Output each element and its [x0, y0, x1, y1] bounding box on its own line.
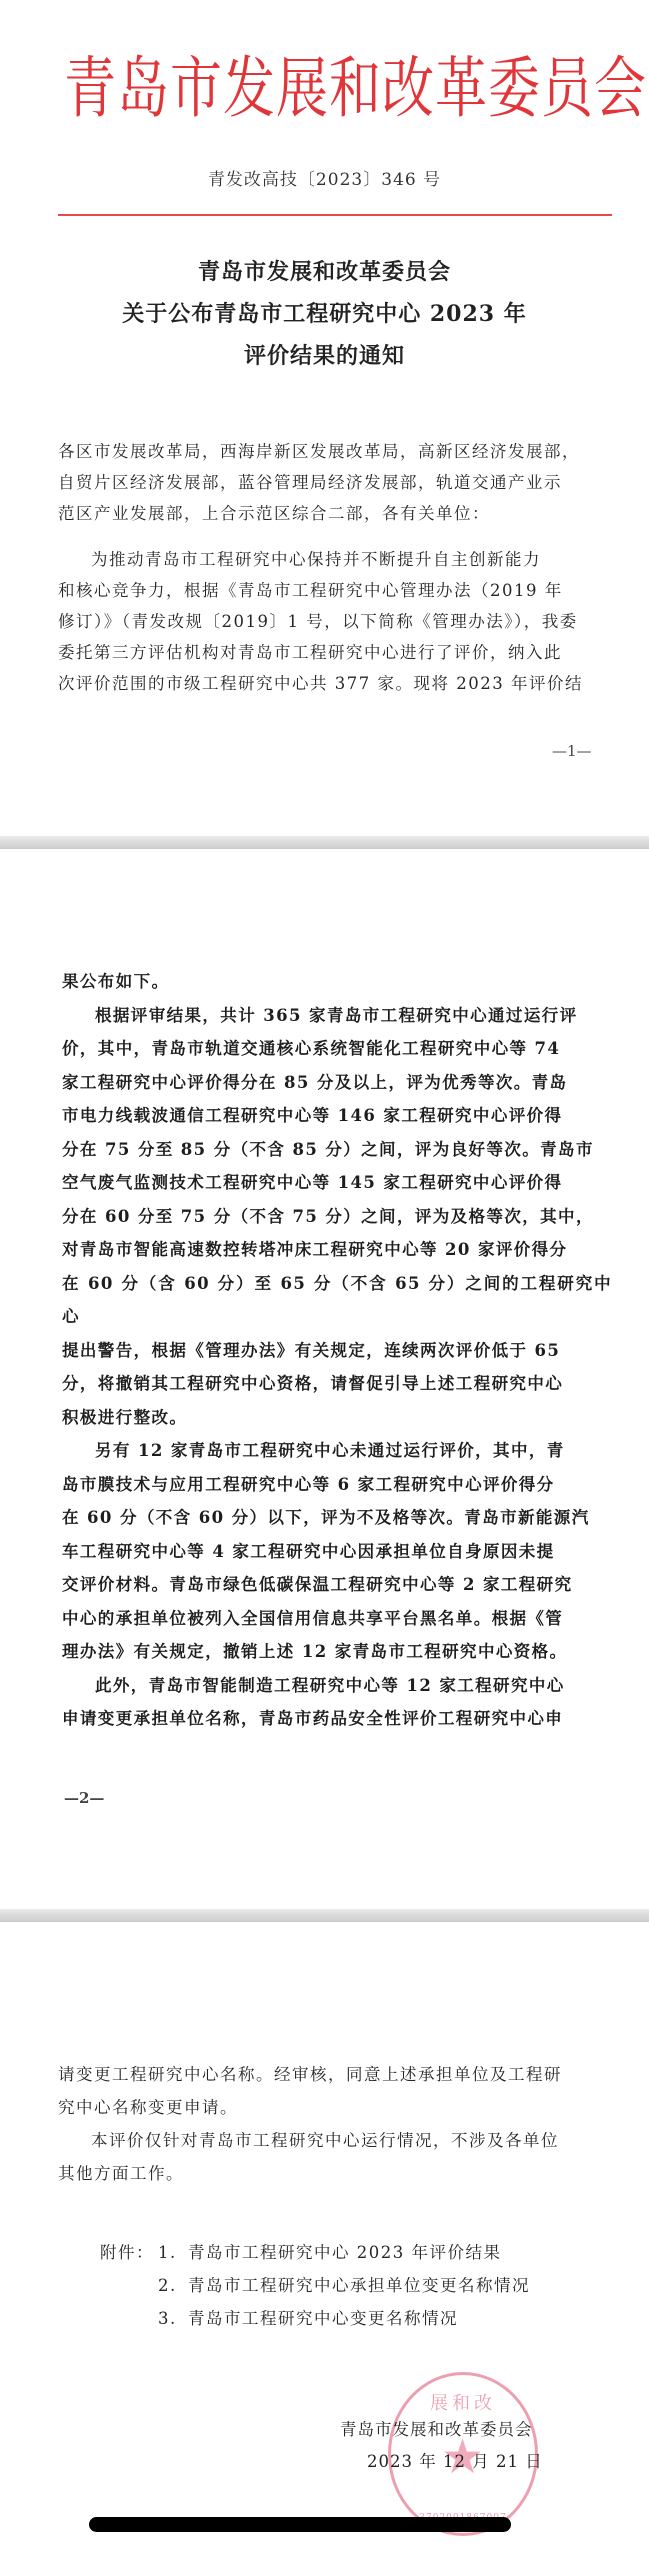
- document-number: 青发改高技〔2023〕346 号: [0, 165, 649, 190]
- attachment-title: 青岛市工程研究中心变更名称情况: [188, 2302, 458, 2335]
- body-line: 车工程研究中心等 4 家工程研究中心因承担单位自身原因未提: [62, 1535, 612, 1569]
- attachment-number: 1.: [158, 2236, 188, 2269]
- page-2: 果公布如下。 根据评审结果，共计 365 家青岛市工程研究中心通过运行评 价，其…: [0, 849, 649, 1909]
- title-line-3: 评价结果的通知: [0, 339, 649, 370]
- body-line: 家工程研究中心评价得分在 85 分及以上，评为优秀等次。青岛: [62, 1066, 612, 1100]
- page-divider: [0, 836, 649, 849]
- attachment-item: 附件： 1. 青岛市工程研究中心 2023 年评价结果: [100, 2236, 530, 2269]
- body-line: 积极进行整改。: [62, 1401, 612, 1435]
- intro-line: 修订）》（青发改规〔2019〕1 号，以下简称《管理办法》），我委: [58, 606, 606, 637]
- addressee-line: 范区产业发展部，上合示范区综合二部，各有关单位：: [58, 498, 606, 529]
- title-line-1: 青岛市发展和改革委员会: [0, 255, 649, 286]
- issuer-header: 青岛市发展和改革委员会文件: [64, 34, 649, 130]
- body-line: 此外，青岛市智能制造工程研究中心等 12 家工程研究中心: [62, 1669, 612, 1703]
- red-rule: [58, 214, 612, 216]
- body-line: 分在 60 分至 75 分（不含 75 分）之间，评为及格等次，其中，: [62, 1200, 612, 1234]
- attachment-number: 2.: [158, 2269, 188, 2302]
- page-number: —2—: [64, 1789, 104, 1807]
- body-line: 申请变更承担单位名称，青岛市药品安全性评价工程研究中心申: [62, 1702, 612, 1736]
- addressee-block: 各区市发展改革局，西海岸新区发展改革局，高新区经济发展部， 自贸片区经济发展部，…: [58, 436, 606, 529]
- addressee-line: 自贸片区经济发展部，蓝谷管理局经济发展部，轨道交通产业示: [58, 467, 606, 498]
- title-line-2: 关于公布青岛市工程研究中心 2023 年: [0, 297, 649, 328]
- attachment-title: 青岛市工程研究中心 2023 年评价结果: [188, 2236, 501, 2269]
- attachments-label: 附件：: [100, 2236, 158, 2269]
- body-line: 在 60 分（含 60 分）至 65 分（不含 65 分）之间的工程研究中心: [62, 1267, 612, 1334]
- body-line: 果公布如下。: [62, 965, 612, 999]
- body-line: 理办法》有关规定，撤销上述 12 家青岛市工程研究中心资格。: [62, 1635, 612, 1669]
- body-line: 市电力线载波通信工程研究中心等 146 家工程研究中心评价得: [62, 1099, 612, 1133]
- seal-text: 展和改: [391, 2389, 535, 2415]
- body-line: 中心的承担单位被列入全国信用信息共享平台黑名单。根据《管: [62, 1602, 612, 1636]
- page-3: 请变更工程研究中心名称。经审核，同意上述承担单位及工程研 究中心名称变更申请。 …: [0, 1922, 649, 2556]
- body-line: 本评价仅针对青岛市工程研究中心运行情况，不涉及各单位: [58, 2124, 610, 2157]
- home-indicator[interactable]: [89, 2517, 511, 2532]
- intro-line: 和核心竞争力，根据《青岛市工程研究中心管理办法（2019 年: [58, 575, 606, 606]
- results-body: 果公布如下。 根据评审结果，共计 365 家青岛市工程研究中心通过运行评 价，其…: [62, 965, 612, 1736]
- body-line: 分，将撤销其工程研究中心资格，请督促引导上述工程研究中心: [62, 1367, 612, 1401]
- closing-body: 请变更工程研究中心名称。经审核，同意上述承担单位及工程研 究中心名称变更申请。 …: [58, 2058, 610, 2190]
- body-line: 提出警告，根据《管理办法》有关规定，连续两次评价低于 65: [62, 1334, 612, 1368]
- body-line: 空气废气监测技术工程研究中心等 145 家工程研究中心评价得: [62, 1166, 612, 1200]
- body-line: 另有 12 家青岛市工程研究中心未通过运行评价，其中，青: [62, 1434, 612, 1468]
- signature-organization: 青岛市发展和改革委员会: [340, 2416, 533, 2440]
- page-number: —1—: [552, 742, 592, 760]
- body-line: 根据评审结果，共计 365 家青岛市工程研究中心通过运行评: [62, 999, 612, 1033]
- intro-paragraph: 为推动青岛市工程研究中心保持并不断提升自主创新能力 和核心竞争力，根据《青岛市工…: [58, 544, 606, 699]
- signature-date: 2023 年 12 月 21 日: [367, 2448, 543, 2472]
- body-line: 交评价材料。青岛市绿色低碳保温工程研究中心等 2 家工程研究: [62, 1568, 612, 1602]
- body-line: 岛市膜技术与应用工程研究中心等 6 家工程研究中心评价得分: [62, 1468, 612, 1502]
- body-line: 价，其中，青岛市轨道交通核心系统智能化工程研究中心等 74: [62, 1032, 612, 1066]
- addressee-line: 各区市发展改革局，西海岸新区发展改革局，高新区经济发展部，: [58, 436, 606, 467]
- attachment-number: 3.: [158, 2302, 188, 2335]
- page-1: 青岛市发展和改革委员会文件 青发改高技〔2023〕346 号 青岛市发展和改革委…: [0, 0, 649, 836]
- body-line: 其他方面工作。: [58, 2157, 610, 2190]
- page-divider: [0, 1909, 649, 1922]
- attachment-item: 3. 青岛市工程研究中心变更名称情况: [100, 2302, 530, 2335]
- intro-line: 次评价范围的市级工程研究中心共 377 家。现将 2023 年评价结: [58, 668, 606, 699]
- body-line: 对青岛市智能高速数控转塔冲床工程研究中心等 20 家评价得分: [62, 1233, 612, 1267]
- attachments-list: 附件： 1. 青岛市工程研究中心 2023 年评价结果 2. 青岛市工程研究中心…: [100, 2236, 530, 2335]
- body-line: 究中心名称变更申请。: [58, 2091, 610, 2124]
- intro-line: 委托第三方评估机构对青岛市工程研究中心进行了评价，纳入此: [58, 637, 606, 668]
- body-line: 分在 75 分至 85 分（不含 85 分）之间，评为良好等次。青岛市: [62, 1133, 612, 1167]
- attachment-title: 青岛市工程研究中心承担单位变更名称情况: [188, 2269, 530, 2302]
- attachment-item: 2. 青岛市工程研究中心承担单位变更名称情况: [100, 2269, 530, 2302]
- body-line: 请变更工程研究中心名称。经审核，同意上述承担单位及工程研: [58, 2058, 610, 2091]
- intro-line: 为推动青岛市工程研究中心保持并不断提升自主创新能力: [58, 544, 606, 575]
- body-line: 在 60 分（不含 60 分）以下，评为不及格等次。青岛市新能源汽: [62, 1501, 612, 1535]
